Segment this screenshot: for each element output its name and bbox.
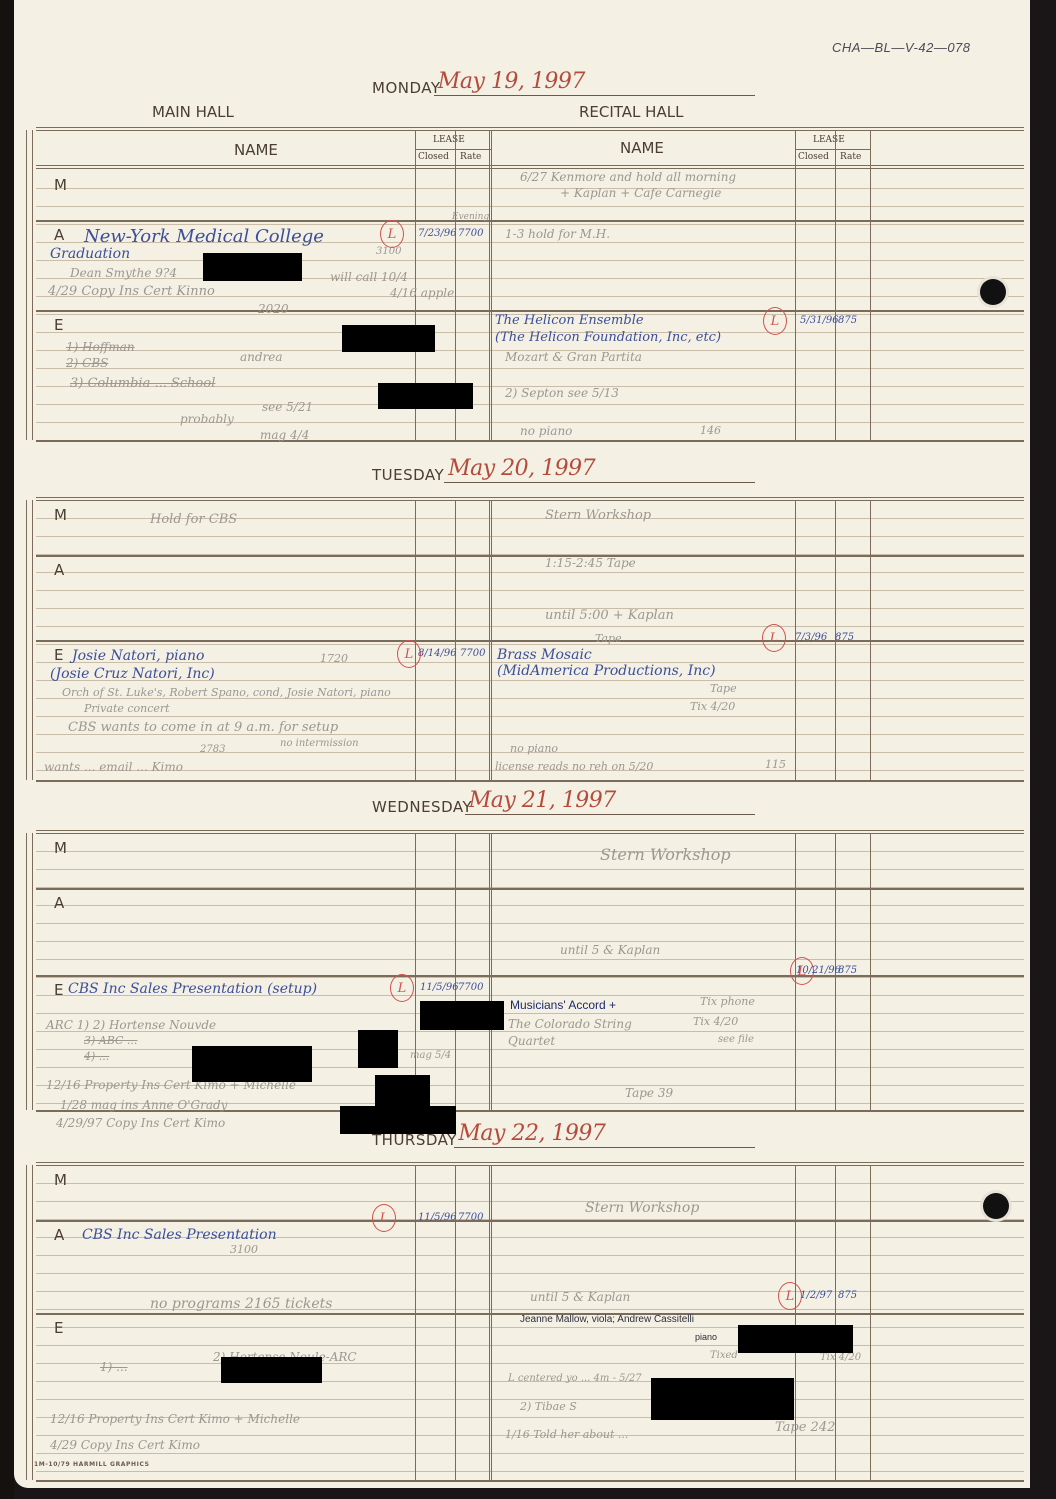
ledger-entry: will call 10/4: [330, 270, 408, 284]
ledger-entry: CBS Inc Sales Presentation (setup): [68, 981, 317, 997]
margin-rule: [32, 833, 33, 1110]
ledger-entry: Tix 4/20: [690, 700, 735, 713]
block-bottom-rule: [36, 440, 1024, 442]
ledger-entry: see 5/21: [262, 400, 313, 414]
column-rule: [491, 833, 492, 1110]
redaction-bar: [378, 383, 473, 409]
ruled-line: [36, 644, 1024, 645]
lease-status-circle: L: [390, 974, 414, 1002]
date-underline: [465, 814, 755, 815]
ruled-line: [36, 260, 1024, 261]
ruled-line: [36, 1471, 1024, 1472]
ledger-entry: license reads no reh on 5/20: [495, 760, 653, 773]
column-rule: [795, 130, 796, 440]
header-top-rule: [36, 127, 1024, 131]
redaction-bar: [651, 1378, 794, 1420]
lease-closed-date: 7/23/96: [418, 228, 457, 239]
date-underline: [454, 1147, 755, 1148]
margin-rule: [26, 833, 27, 1110]
ledger-entry: wants ... email ... Kimo: [44, 760, 183, 774]
lease-subrule: [415, 149, 492, 150]
ledger-entry: Stern Workshop: [585, 1200, 699, 1216]
lease-rate: 875: [838, 315, 857, 326]
header-bottom-rule: [36, 165, 1024, 169]
slot-letter-m: M: [54, 506, 67, 524]
printer-mark: 1M-10/79 HARMILL GRAPHICS: [34, 1461, 150, 1468]
column-header-name-main: NAME: [234, 141, 278, 159]
block-bottom-rule: [36, 1480, 1024, 1482]
lease-rate: 875: [838, 965, 857, 976]
margin-rule: [32, 1165, 33, 1480]
column-header-lease: LEASE: [433, 135, 465, 145]
redaction-bar: [358, 1030, 398, 1068]
day-date: May 21, 1997: [469, 788, 616, 813]
ledger-entry: Musicians' Accord +: [510, 998, 616, 1012]
slot-letter-m: M: [54, 839, 67, 857]
column-rule: [870, 500, 871, 780]
ruled-line: [36, 1255, 1024, 1256]
ledger-entry: 1:15-2:45 Tape: [545, 556, 636, 570]
slot-rule: [36, 555, 1024, 557]
ruled-line: [36, 368, 1024, 369]
ruled-line: [36, 404, 1024, 405]
lease-status-circle: L: [380, 220, 404, 248]
ledger-entry: CBS wants to come in at 9 a.m. for setup: [68, 720, 338, 735]
ruled-line: [36, 1273, 1024, 1274]
slot-rule: [36, 310, 1024, 312]
ledger-entry: 4/29/97 Copy Ins Cert Kimo: [56, 1116, 225, 1130]
ledger-entry: 3) ABC ...: [84, 1034, 137, 1047]
slot-letter-e: E: [54, 646, 63, 664]
ledger-entry: mag 5/4: [410, 1050, 451, 1061]
ledger-entry: no programs 2165 tickets: [150, 1296, 333, 1312]
ledger-entry: 3) Columbia ... School: [70, 376, 215, 391]
ruled-line: [36, 977, 1024, 978]
ledger-entry: Stern Workshop: [600, 845, 731, 864]
slot-rule: [36, 1220, 1024, 1222]
column-rule: [489, 833, 490, 1110]
ledger-entry: probably: [180, 412, 234, 426]
ledger-entry: Tape 39: [625, 1086, 673, 1100]
slot-letter-a: A: [54, 561, 64, 579]
margin-rule: [32, 500, 33, 780]
ledger-entry: + Kaplan + Cafe Carnegie: [560, 186, 721, 200]
ruled-line: [36, 206, 1024, 207]
ruled-line: [36, 1219, 1024, 1220]
ledger-entry: (MidAmerica Productions, Inc): [497, 663, 716, 679]
column-rule: [870, 833, 871, 1110]
column-header-rate: Rate: [460, 152, 481, 162]
ledger-entry: 3100: [230, 1243, 258, 1256]
date-underline: [444, 482, 755, 483]
ruled-line: [36, 716, 1024, 717]
ledger-entry: Private concert: [84, 702, 170, 715]
ledger-entry: Orch of St. Luke's, Robert Spano, cond, …: [62, 686, 391, 699]
column-rule: [491, 500, 492, 780]
ledger-entry: Josie Natori, piano: [72, 648, 204, 664]
column-rule: [415, 1165, 416, 1480]
ruled-line: [36, 590, 1024, 591]
column-header-name-recital: NAME: [620, 139, 664, 157]
margin-rule: [26, 1165, 27, 1480]
recital-hall-label: RECITAL HALL: [579, 103, 683, 121]
ledger-entry: Tix 4/20: [693, 1015, 738, 1028]
ledger-entry: The Colorado String: [508, 1017, 632, 1031]
ruled-line: [36, 554, 1024, 555]
scan-border-left: [0, 0, 14, 1499]
column-rule: [415, 833, 416, 1110]
ruled-line: [36, 1363, 1024, 1364]
ruled-line: [36, 941, 1024, 942]
slot-letter-e: E: [54, 1319, 63, 1337]
ledger-entry: Tape: [595, 632, 622, 645]
slot-letter-e: E: [54, 981, 63, 999]
ruled-line: [36, 1201, 1024, 1202]
ledger-entry: 146: [700, 424, 721, 437]
column-rule: [835, 130, 836, 440]
column-rule: [489, 500, 490, 780]
lease-rate: 7700: [458, 1212, 483, 1223]
ledger-entry: 1/16 Told her about ...: [505, 1428, 628, 1441]
ledger-entry: 1) Hoffman: [66, 340, 135, 354]
lease-closed-date: 5/31/96: [800, 315, 839, 326]
lease-rate: 875: [835, 632, 854, 643]
ruled-line: [36, 851, 1024, 852]
slot-rule: [36, 888, 1024, 890]
slot-letter-a: A: [54, 226, 64, 244]
ledger-entry: Tixed: [710, 1350, 738, 1361]
slot-letter-e: E: [54, 316, 63, 334]
redaction-bar: [221, 1357, 322, 1383]
ruled-line: [36, 1327, 1024, 1328]
redaction-bar: [192, 1046, 312, 1082]
ledger-entry: 4) ...: [84, 1050, 109, 1063]
date-underline: [434, 95, 755, 96]
ledger-entry: Stern Workshop: [545, 508, 651, 523]
lease-rate: 7700: [458, 982, 483, 993]
ruled-line: [36, 1013, 1024, 1014]
ledger-entry: piano: [695, 1332, 717, 1342]
ledger-entry: no piano: [510, 742, 558, 755]
lease-rate: 875: [838, 1290, 857, 1301]
block-top-rule: [36, 1162, 1024, 1166]
ledger-entry: Tix 4/20: [820, 1352, 861, 1363]
day-heading-monday: MONDAY: [372, 79, 441, 97]
ledger-entry: 2) Septon see 5/13: [505, 386, 619, 400]
ledger-entry: 2020: [258, 302, 289, 316]
lease-closed-date: 7/3/96: [795, 632, 827, 643]
ledger-entry: ARC 1) 2) Hortense Nouvde: [46, 1018, 216, 1032]
ledger-entry: 1-3 hold for M.H.: [505, 227, 610, 241]
ledger-entry: (Josie Cruz Natori, Inc): [50, 666, 215, 682]
day-heading-tuesday: TUESDAY: [372, 466, 444, 484]
ledger-entry: 1/28 mag ins Anne O'Grady: [60, 1098, 227, 1112]
ruled-line: [36, 224, 1024, 225]
column-rule: [870, 130, 871, 440]
ledger-entry: 4/29 Copy Ins Cert Kimo: [50, 1438, 200, 1452]
lease-closed-date: 11/5/96: [418, 1212, 457, 1223]
margin-rule: [32, 130, 33, 440]
ruled-line: [36, 608, 1024, 609]
ledger-entry: no piano: [520, 424, 572, 438]
redaction-bar: [420, 1001, 504, 1030]
ledger-entry: Tape 242: [775, 1420, 835, 1435]
ledger-entry: 1) ...: [100, 1360, 128, 1374]
ledger-entry: no intermission: [280, 738, 359, 749]
slot-letter-m: M: [54, 176, 67, 194]
column-header-closed: Closed: [798, 152, 829, 162]
ledger-entry: until 5:00 + Kaplan: [545, 608, 674, 623]
block-bottom-rule: [36, 780, 1024, 782]
ruled-line: [36, 1345, 1024, 1346]
column-rule: [491, 130, 492, 440]
ruled-line: [36, 626, 1024, 627]
lease-status-circle: L: [778, 1282, 802, 1310]
column-rule: [455, 833, 456, 1110]
ledger-entry: 115: [765, 758, 786, 771]
ruled-line: [36, 278, 1024, 279]
column-rule: [491, 1165, 492, 1480]
ledger-entry: Tape: [710, 682, 737, 695]
redaction-bar: [203, 253, 302, 281]
ledger-entry: 2783: [200, 744, 225, 755]
day-date: May 22, 1997: [458, 1121, 605, 1146]
ledger-entry: Dean Smythe 9?4: [70, 266, 177, 280]
column-rule: [455, 500, 456, 780]
ledger-entry: 4/16 apple: [390, 286, 454, 300]
day-date: May 19, 1997: [438, 69, 585, 94]
ledger-entry: see file: [718, 1034, 754, 1045]
ledger-entry: New-York Medical College: [84, 226, 324, 247]
lease-closed-date: 8/14/96: [418, 648, 457, 659]
ledger-entry: Brass Mosaic: [497, 647, 592, 663]
ledger-entry: L centered yo ... 4m - 5/27: [508, 1373, 642, 1384]
ledger-entry: Quartet: [508, 1034, 555, 1048]
redaction-bar: [342, 325, 435, 352]
ruled-line: [36, 959, 1024, 960]
slot-letter-a: A: [54, 1226, 64, 1244]
punch-hole-top: [980, 279, 1006, 305]
ledger-entry: CBS Inc Sales Presentation: [82, 1227, 277, 1243]
slot-rule: [36, 640, 1024, 642]
ruled-line: [36, 1049, 1024, 1050]
slot-letter-m: M: [54, 1171, 67, 1189]
ruled-line: [36, 1453, 1024, 1454]
column-rule: [870, 1165, 871, 1480]
ledger-entry: 6/27 Kenmore and hold all morning: [520, 170, 736, 184]
ledger-entry: Mozart & Gran Partita: [505, 350, 642, 364]
lease-status-circle: L: [762, 624, 786, 652]
ledger-entry: The Helicon Ensemble: [495, 313, 644, 328]
redaction-bar: [340, 1106, 456, 1134]
lease-closed-date: 11/5/96: [420, 982, 459, 993]
ruled-line: [36, 869, 1024, 870]
column-header-lease: LEASE: [813, 135, 845, 145]
ledger-entry: 1720: [320, 652, 348, 665]
margin-rule: [26, 500, 27, 780]
ledger-entry: Jeanne Mallow, viola; Andrew Cassitelli: [520, 1314, 694, 1325]
ledger-entry: 12/16 Property Ins Cert Kimo + Michelle: [50, 1412, 300, 1426]
lease-rate: 7700: [460, 648, 485, 659]
lease-closed-date: 1/2/97: [800, 1290, 832, 1301]
ledger-entry: mag 4/4: [260, 428, 309, 442]
main-hall-label: MAIN HALL: [152, 103, 234, 121]
column-header-rate: Rate: [840, 152, 861, 162]
day-date: May 20, 1997: [448, 456, 595, 481]
ruled-line: [36, 905, 1024, 906]
reference-code: CHA—BL—V-42—078: [832, 40, 971, 55]
lease-status-circle: L: [763, 307, 787, 335]
slot-letter-a: A: [54, 894, 64, 912]
ledger-entry: 4/29 Copy Ins Cert Kinno: [48, 284, 215, 299]
column-header-closed: Closed: [418, 152, 449, 162]
lease-rate: 7700: [458, 228, 483, 239]
ruled-line: [36, 536, 1024, 537]
ruled-line: [36, 887, 1024, 888]
day-heading-wednesday: WEDNESDAY: [372, 798, 472, 816]
punch-hole-bottom: [983, 1193, 1009, 1219]
scan-border-right: [1030, 0, 1056, 1499]
block-top-rule: [36, 497, 1024, 501]
lease-note: Evening: [452, 212, 489, 222]
column-rule: [489, 1165, 490, 1480]
ruled-line: [36, 1067, 1024, 1068]
block-top-rule: [36, 830, 1024, 834]
column-rule: [415, 500, 416, 780]
ledger-entry: andrea: [240, 350, 283, 364]
ruled-line: [36, 188, 1024, 189]
column-rule: [489, 130, 490, 440]
ledger-entry: Hold for CBS: [150, 512, 237, 527]
lease-subrule: [795, 149, 870, 150]
ledger-entry: 2) CBS: [66, 356, 108, 370]
ledger-entry: Graduation: [50, 246, 130, 262]
ledger-entry: until 5 & Kaplan: [560, 943, 660, 957]
ledger-entry: Tix phone: [700, 995, 755, 1008]
slot-rule: [36, 220, 1024, 222]
ruled-line: [36, 1183, 1024, 1184]
ledger-entry: 2) Tibae S: [520, 1400, 577, 1413]
ledger-entry: until 5 & Kaplan: [530, 1290, 630, 1304]
redaction-bar: [738, 1325, 853, 1353]
ruled-line: [36, 923, 1024, 924]
margin-rule: [26, 130, 27, 440]
ruled-line: [36, 572, 1024, 573]
ledger-entry: (The Helicon Foundation, Inc, etc): [495, 330, 721, 345]
lease-status-circle: L: [372, 1204, 396, 1232]
lease-closed-date: 10/21/96: [796, 965, 841, 976]
